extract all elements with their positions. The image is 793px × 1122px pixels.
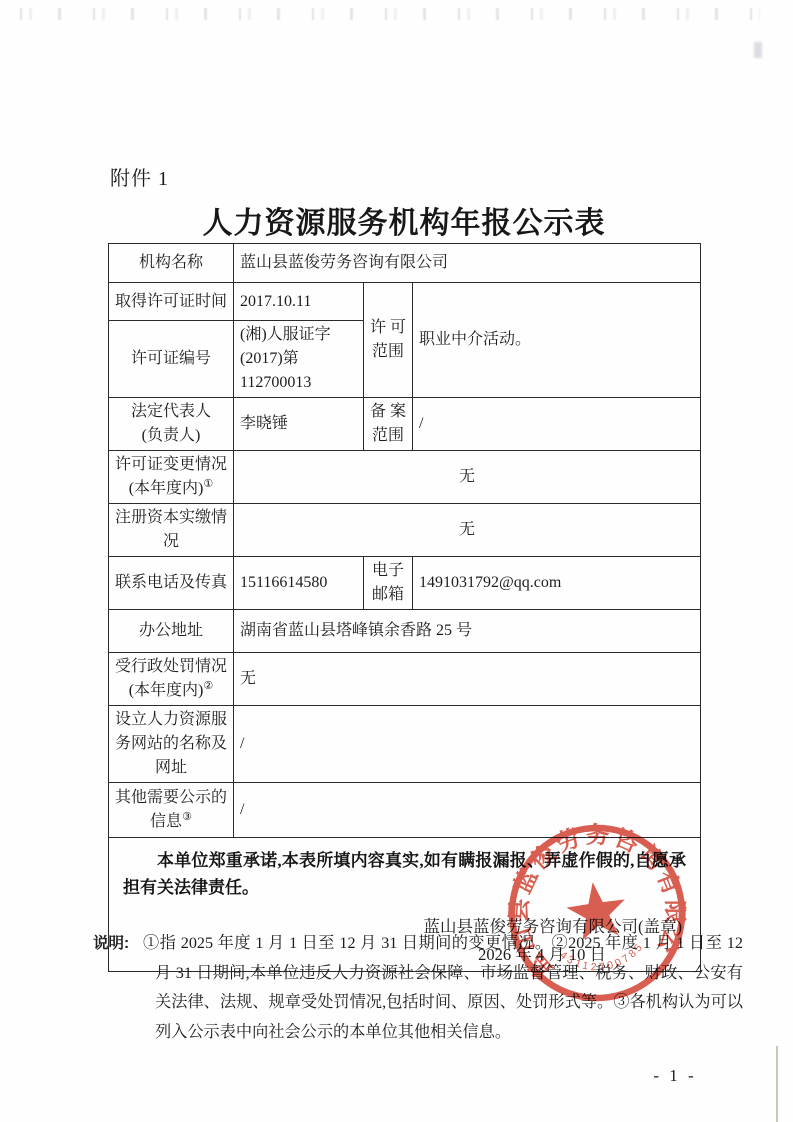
annual-report-table: 机构名称 蓝山县蓝俊劳务咨询有限公司 取得许可证时间 2017.10.11 许 … [108, 243, 701, 972]
registered-capital-value: 无 [234, 504, 701, 557]
address-value: 湖南省蓝山县塔峰镇余香路 25 号 [234, 610, 701, 653]
attachment-label: 附件 1 [110, 162, 169, 191]
notes-label: 说明: [93, 929, 143, 1047]
footnote-ref-2: ② [203, 680, 213, 692]
table-row: 联系电话及传真 15116614580 电子 邮箱 1491031792@qq.… [109, 557, 701, 610]
table-row: 受行政处罚情况 (本年度内)② 无 [109, 653, 701, 706]
license-change-label-text: 许可证变更情况 (本年度内) [115, 456, 227, 497]
scan-artifact-right-line [776, 1046, 778, 1122]
penalty-label: 受行政处罚情况 (本年度内)② [109, 653, 234, 706]
email-label: 电子 邮箱 [364, 557, 413, 610]
scan-artifact-dot [754, 42, 762, 58]
notes-section: 说明: ①指 2025 年度 1 月 1 日至 12 月 31 日期间的变更情况… [93, 929, 743, 1047]
table-row: 取得许可证时间 2017.10.11 许 可 范围 职业中介活动。 [109, 283, 701, 321]
other-info-label-text: 其他需要公示的 信息 [115, 789, 227, 830]
table-row: 其他需要公示的 信息③ / [109, 783, 701, 838]
page-title: 人力资源服务机构年报公示表 [108, 198, 700, 242]
table-row: 法定代表人 (负责人) 李晓锤 备 案 范围 / [109, 398, 701, 451]
phone-label: 联系电话及传真 [109, 557, 234, 610]
penalty-value: 无 [234, 653, 701, 706]
website-label: 设立人力资源服 务网站的名称及 网址 [109, 706, 234, 783]
legal-rep-label: 法定代表人 (负责人) [109, 398, 234, 451]
legal-rep-value: 李晓锤 [234, 398, 364, 451]
address-label: 办公地址 [109, 610, 234, 653]
email-value: 1491031792@qq.com [413, 557, 701, 610]
license-change-value: 无 [234, 451, 701, 504]
org-name-label: 机构名称 [109, 244, 234, 283]
other-info-label: 其他需要公示的 信息③ [109, 783, 234, 838]
page-number: - 1 - [640, 1066, 710, 1086]
license-scope-value: 职业中介活动。 [413, 283, 701, 398]
license-no-label: 许可证编号 [109, 321, 234, 398]
license-date-label: 取得许可证时间 [109, 283, 234, 321]
footnote-ref-3: ③ [182, 811, 192, 823]
table-row: 办公地址 湖南省蓝山县塔峰镇余香路 25 号 [109, 610, 701, 653]
license-change-label: 许可证变更情况 (本年度内)① [109, 451, 234, 504]
registered-capital-label: 注册资本实缴情况 [109, 504, 234, 557]
penalty-label-text: 受行政处罚情况 (本年度内) [115, 658, 227, 699]
table-row: 设立人力资源服 务网站的名称及 网址 / [109, 706, 701, 783]
license-date-value: 2017.10.11 [234, 283, 364, 321]
other-info-value: / [234, 783, 701, 838]
license-scope-label: 许 可 范围 [364, 283, 413, 398]
scanned-document-page: 附件 1 人力资源服务机构年报公示表 机构名称 蓝山县蓝俊劳务咨询有限公司 取得… [0, 0, 793, 1122]
scan-artifact-top [20, 8, 760, 20]
notes-text: ①指 2025 年度 1 月 1 日至 12 月 31 日期间的变更情况。②20… [143, 929, 743, 1047]
license-no-value: (湘)人服证字 (2017)第 112700013 [234, 321, 364, 398]
website-value: / [234, 706, 701, 783]
table-row: 机构名称 蓝山县蓝俊劳务咨询有限公司 [109, 244, 701, 283]
phone-value: 15116614580 [234, 557, 364, 610]
footnote-ref-1: ① [203, 478, 213, 490]
filing-scope-label: 备 案 范围 [364, 398, 413, 451]
filing-scope-value: / [413, 398, 701, 451]
org-name-value: 蓝山县蓝俊劳务咨询有限公司 [234, 244, 701, 283]
table-row: 注册资本实缴情况 无 [109, 504, 701, 557]
commitment-text: 本单位郑重承诺,本表所填内容真实,如有瞒报漏报、弄虚作假的,自愿承担有关法律责任… [123, 847, 686, 901]
table-row: 许可证变更情况 (本年度内)① 无 [109, 451, 701, 504]
